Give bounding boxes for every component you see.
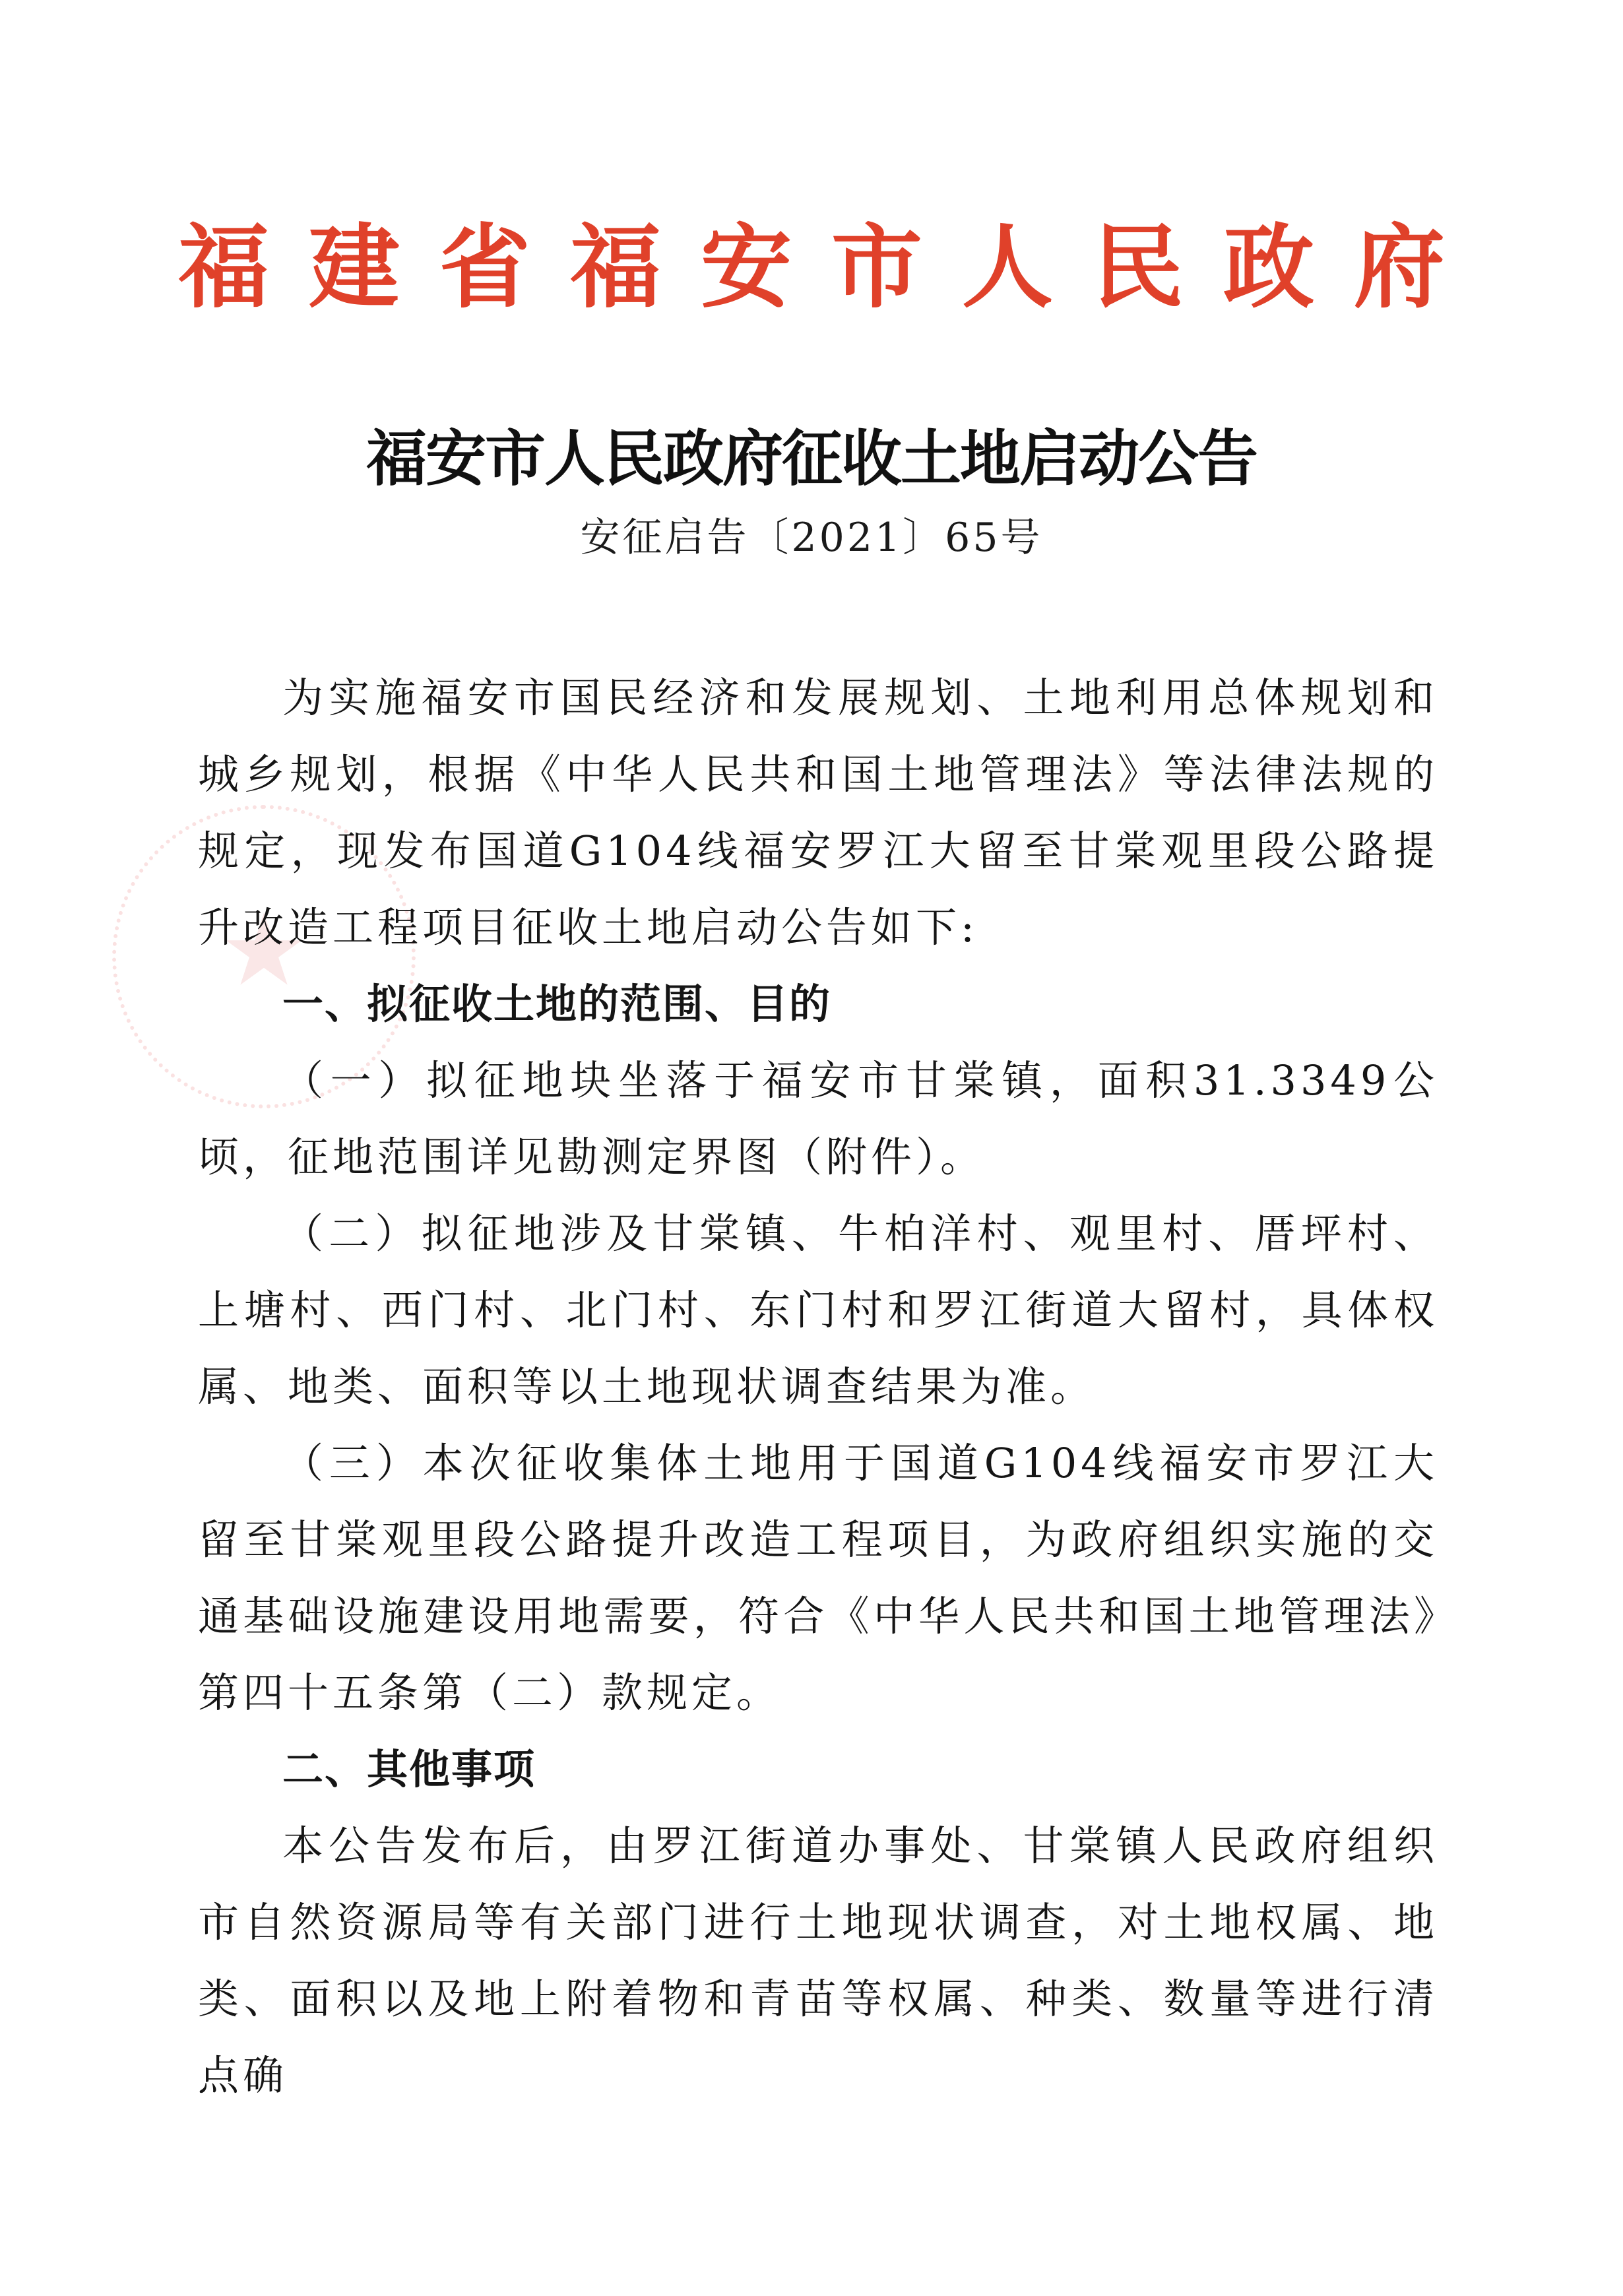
document-title: 福安市人民政府征收土地启动公告 — [0, 422, 1623, 495]
section-1-paragraph-1: （一）拟征地块坐落于福安市甘棠镇，面积31.3349公顷，征地范围详见勘测定界图… — [198, 1042, 1438, 1196]
masthead-red-header: 福建省福安市人民政府 — [0, 218, 1623, 317]
document-body: 为实施福安市国民经济和发展规划、土地利用总体规划和城乡规划，根据《中华人民共和国… — [198, 660, 1438, 2114]
intro-paragraph: 为实施福安市国民经济和发展规划、土地利用总体规划和城乡规划，根据《中华人民共和国… — [198, 660, 1438, 966]
document-page: ★ 福建省福安市人民政府 福安市人民政府征收土地启动公告 安征启告〔2021〕6… — [0, 0, 1623, 2296]
section-2-paragraph-1: 本公告发布后，由罗江街道办事处、甘棠镇人民政府组织市自然资源局等有关部门进行土地… — [198, 1808, 1438, 2114]
section-1-paragraph-3: （三）本次征收集体土地用于国道G104线福安市罗江大留至甘棠观里段公路提升改造工… — [198, 1425, 1438, 1731]
section-heading-2: 二、其他事项 — [198, 1731, 1438, 1808]
document-number: 安征启告〔2021〕65号 — [0, 511, 1623, 564]
section-1-paragraph-2: （二）拟征地涉及甘棠镇、牛柏洋村、观里村、厝坪村、上塘村、西门村、北门村、东门村… — [198, 1196, 1438, 1425]
section-heading-1: 一、拟征收土地的范围、目的 — [198, 966, 1438, 1042]
